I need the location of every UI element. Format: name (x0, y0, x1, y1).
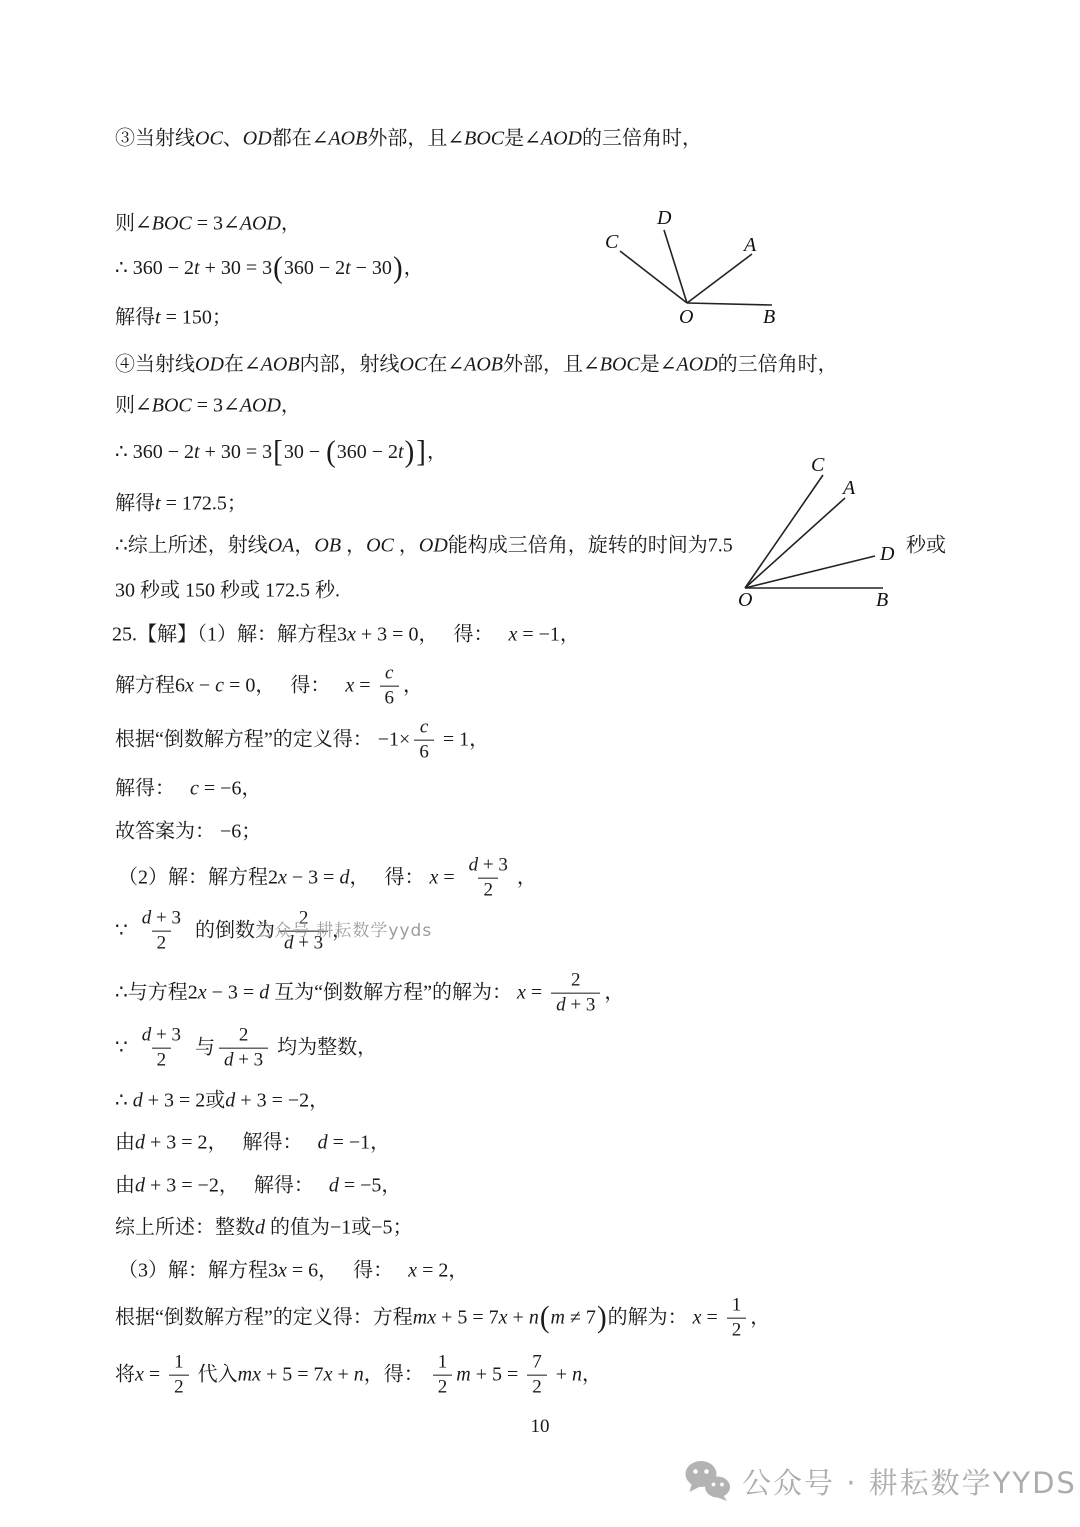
fraction: c6 (414, 717, 434, 764)
fraction: d + 32 (137, 1025, 186, 1072)
fraction: d + 32 (137, 908, 186, 955)
footer: 公众号 · 耕耘数学YYDS (684, 1460, 1077, 1502)
label-D: D (656, 207, 672, 229)
text-line-20: ∵ d + 32 与2d + 3 均为整数， (115, 1025, 377, 1072)
fraction: 2d + 3 (219, 1025, 268, 1072)
fraction: c6 (380, 663, 400, 710)
footer-account-label: 公众号 · 耕耘数学YYDS (742, 1461, 1077, 1502)
text-line-13: 解方程6x − c = 0， 得： x = c6， (115, 663, 423, 710)
text-line-23: 由d + 3 = −2， 解得： d = −5， (115, 1174, 401, 1199)
label-A: A (742, 234, 757, 256)
fraction: d + 32 (464, 855, 513, 902)
ray-OD (664, 230, 687, 303)
label-C: C (605, 231, 619, 253)
text-line-6: 则∠BOC = 3∠AOD， (115, 394, 301, 419)
text-line-11: 30 秒或 150 秒或 172.5 秒. (115, 579, 340, 604)
text-line-26: 根据“倒数解方程”的定义得：方程mx + 5 = 7x + n(m ≠ 7)的解… (115, 1295, 770, 1342)
text-line-1: ③当射线OC、OD都在∠AOB外部，且∠BOC是∠AOD的三倍角时， (115, 127, 702, 152)
text-line-21: ∴ d + 3 = 2或d + 3 = −2， (115, 1089, 329, 1114)
ray-OA (687, 254, 752, 303)
label-B: B (763, 306, 775, 328)
text-line-27: 将x = 12 代入mx + 5 = 7x + n，得： 12m + 5 = 7… (115, 1352, 602, 1399)
text-line-4: 解得t = 150； (115, 306, 232, 331)
label-C: C (811, 454, 825, 476)
text-line-22: 由d + 3 = 2， 解得： d = −1， (115, 1131, 390, 1156)
label-O: O (679, 306, 693, 328)
fraction: 12 (169, 1352, 189, 1399)
wechat-icon (684, 1460, 732, 1502)
text-line-15: 解得： c = −6， (115, 777, 261, 802)
angle-diagram-2: O B D A C (735, 453, 970, 613)
text-line-24: 综上所述：整数d 的值为−1或−5； (115, 1216, 413, 1241)
fraction: 12 (433, 1352, 453, 1399)
text-line-2: 则∠BOC = 3∠AOD， (115, 212, 301, 237)
text-line-19: ∴与方程2x − 3 = d 互为“倒数解方程”的解为： x = 2d + 3， (115, 970, 624, 1017)
watermark-text: 公众号 耕耘数学yyds (256, 916, 432, 941)
text-line-3: ∴ 360 − 2t + 30 = 3(360 − 2t − 30)， (115, 250, 424, 286)
fraction: 12 (727, 1295, 747, 1342)
label-B: B (876, 589, 888, 611)
text-line-9: ∴综上所述，射线OA，OB ，OC ，OD能构成三倍角，旋转的时间为7.5 (115, 534, 733, 559)
ray-OA (745, 498, 845, 588)
label-A: A (841, 477, 856, 499)
text-line-5: ④当射线OD在∠AOB内部，射线OC在∠AOB外部，且∠BOC是∠AOD的三倍角… (115, 353, 838, 378)
text-line-14: 根据“倒数解方程”的定义得： −1×c6 = 1， (115, 717, 489, 764)
page-number: 10 (0, 1416, 1080, 1438)
text-line-16: 故答案为： −6； (115, 820, 261, 845)
ray-OB (687, 303, 772, 305)
fraction: 2d + 3 (551, 970, 600, 1017)
text-line-7: ∴ 360 − 2t + 30 = 3[30 − (360 − 2t)]， (115, 434, 447, 470)
text-line-25: （3）解：解方程3x = 6， 得： x = 2， (118, 1259, 468, 1284)
angle-diagram-1: O B A D C (595, 203, 795, 333)
text-line-17: （2）解：解方程2x − 3 = d， 得： x = d + 32， (118, 855, 537, 902)
document-page: ③当射线OC、OD都在∠AOB外部，且∠BOC是∠AOD的三倍角时，则∠BOC … (0, 0, 1080, 1527)
fraction: 72 (527, 1352, 547, 1399)
text-line-8: 解得t = 172.5； (115, 492, 247, 517)
label-O: O (738, 589, 752, 611)
label-D: D (879, 543, 895, 565)
ray-OC (620, 251, 687, 303)
text-line-12: 25.【解】（1）解：解方程3x + 3 = 0， 得： x = −1， (112, 623, 580, 648)
